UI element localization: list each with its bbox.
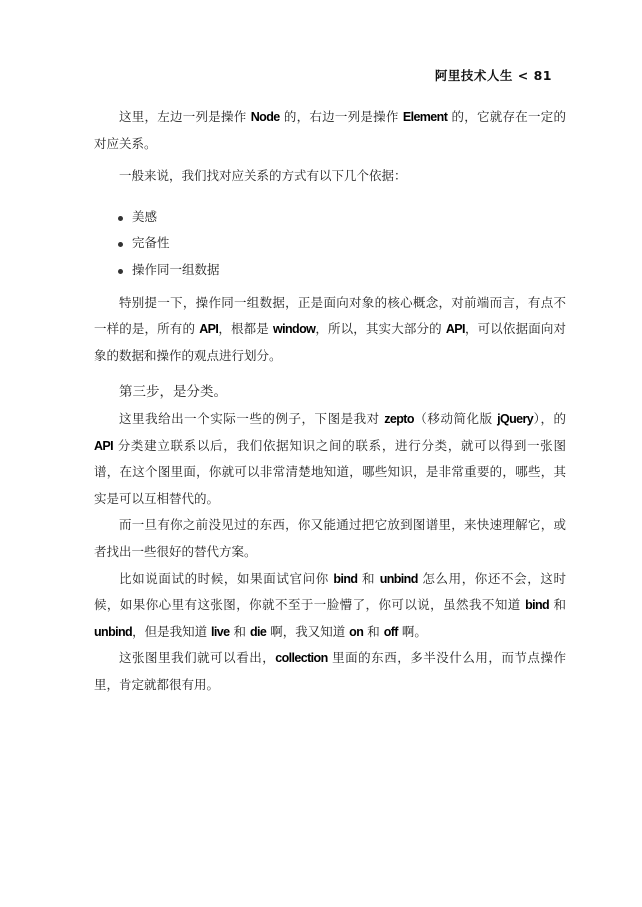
code-term: bind (525, 598, 549, 612)
code-term: off (384, 625, 398, 639)
criteria-list: 美感 完备性 操作同一组数据 (94, 204, 566, 284)
page-number: 81 (534, 68, 552, 83)
code-term: unbind (380, 572, 418, 586)
list-item: 美感 (118, 204, 566, 231)
paragraph-node-element: 这里，左边一列是操作 Node 的，右边一列是操作 Element 的，它就存在… (94, 104, 566, 157)
paragraph-new-things: 而一旦有你之前没见过的东西，你又能通过把它放到图谱里，来快速理解它，或者找出一些… (94, 512, 566, 565)
paragraph-collection: 这张图里我们就可以看出，collection 里面的东西，多半没什么用，而节点操… (94, 645, 566, 698)
section-heading: 第三步，是分类。 (94, 379, 566, 406)
page-body: 这里，左边一列是操作 Node 的，右边一列是操作 Element 的，它就存在… (94, 104, 566, 698)
list-item: 操作同一组数据 (118, 257, 566, 284)
code-term: zepto (384, 412, 414, 426)
paragraph-zepto-example: 这里我给出一个实际一些的例子，下图是我对 zepto（移动简化版 jQuery）… (94, 406, 566, 512)
paragraph-oop: 特别提一下，操作同一组数据，正是面向对象的核心概念，对前端而言，有点不一样的是，… (94, 290, 566, 370)
code-term: bind (333, 572, 357, 586)
code-term: Element (403, 110, 447, 124)
code-term: jQuery (497, 412, 533, 426)
code-term: unbind (94, 625, 132, 639)
list-item: 完备性 (118, 230, 566, 257)
code-term: API (446, 322, 465, 336)
code-term: API (199, 322, 218, 336)
book-title: 阿里技术人生 (435, 68, 513, 83)
paragraph-interview: 比如说面试的时候，如果面试官问你 bind 和 unbind 怎么用，你还不会，… (94, 566, 566, 646)
code-term: collection (275, 651, 327, 665)
running-header: 阿里技术人生 < 81 (435, 66, 552, 84)
code-term: Node (251, 110, 280, 124)
code-term: window (273, 322, 315, 336)
header-separator: < (518, 68, 529, 83)
code-term: on (349, 625, 363, 639)
paragraph-criteria-intro: 一般来说，我们找对应关系的方式有以下几个依据： (94, 163, 566, 190)
code-term: live (211, 625, 229, 639)
code-term: API (94, 439, 113, 453)
code-term: die (250, 625, 266, 639)
